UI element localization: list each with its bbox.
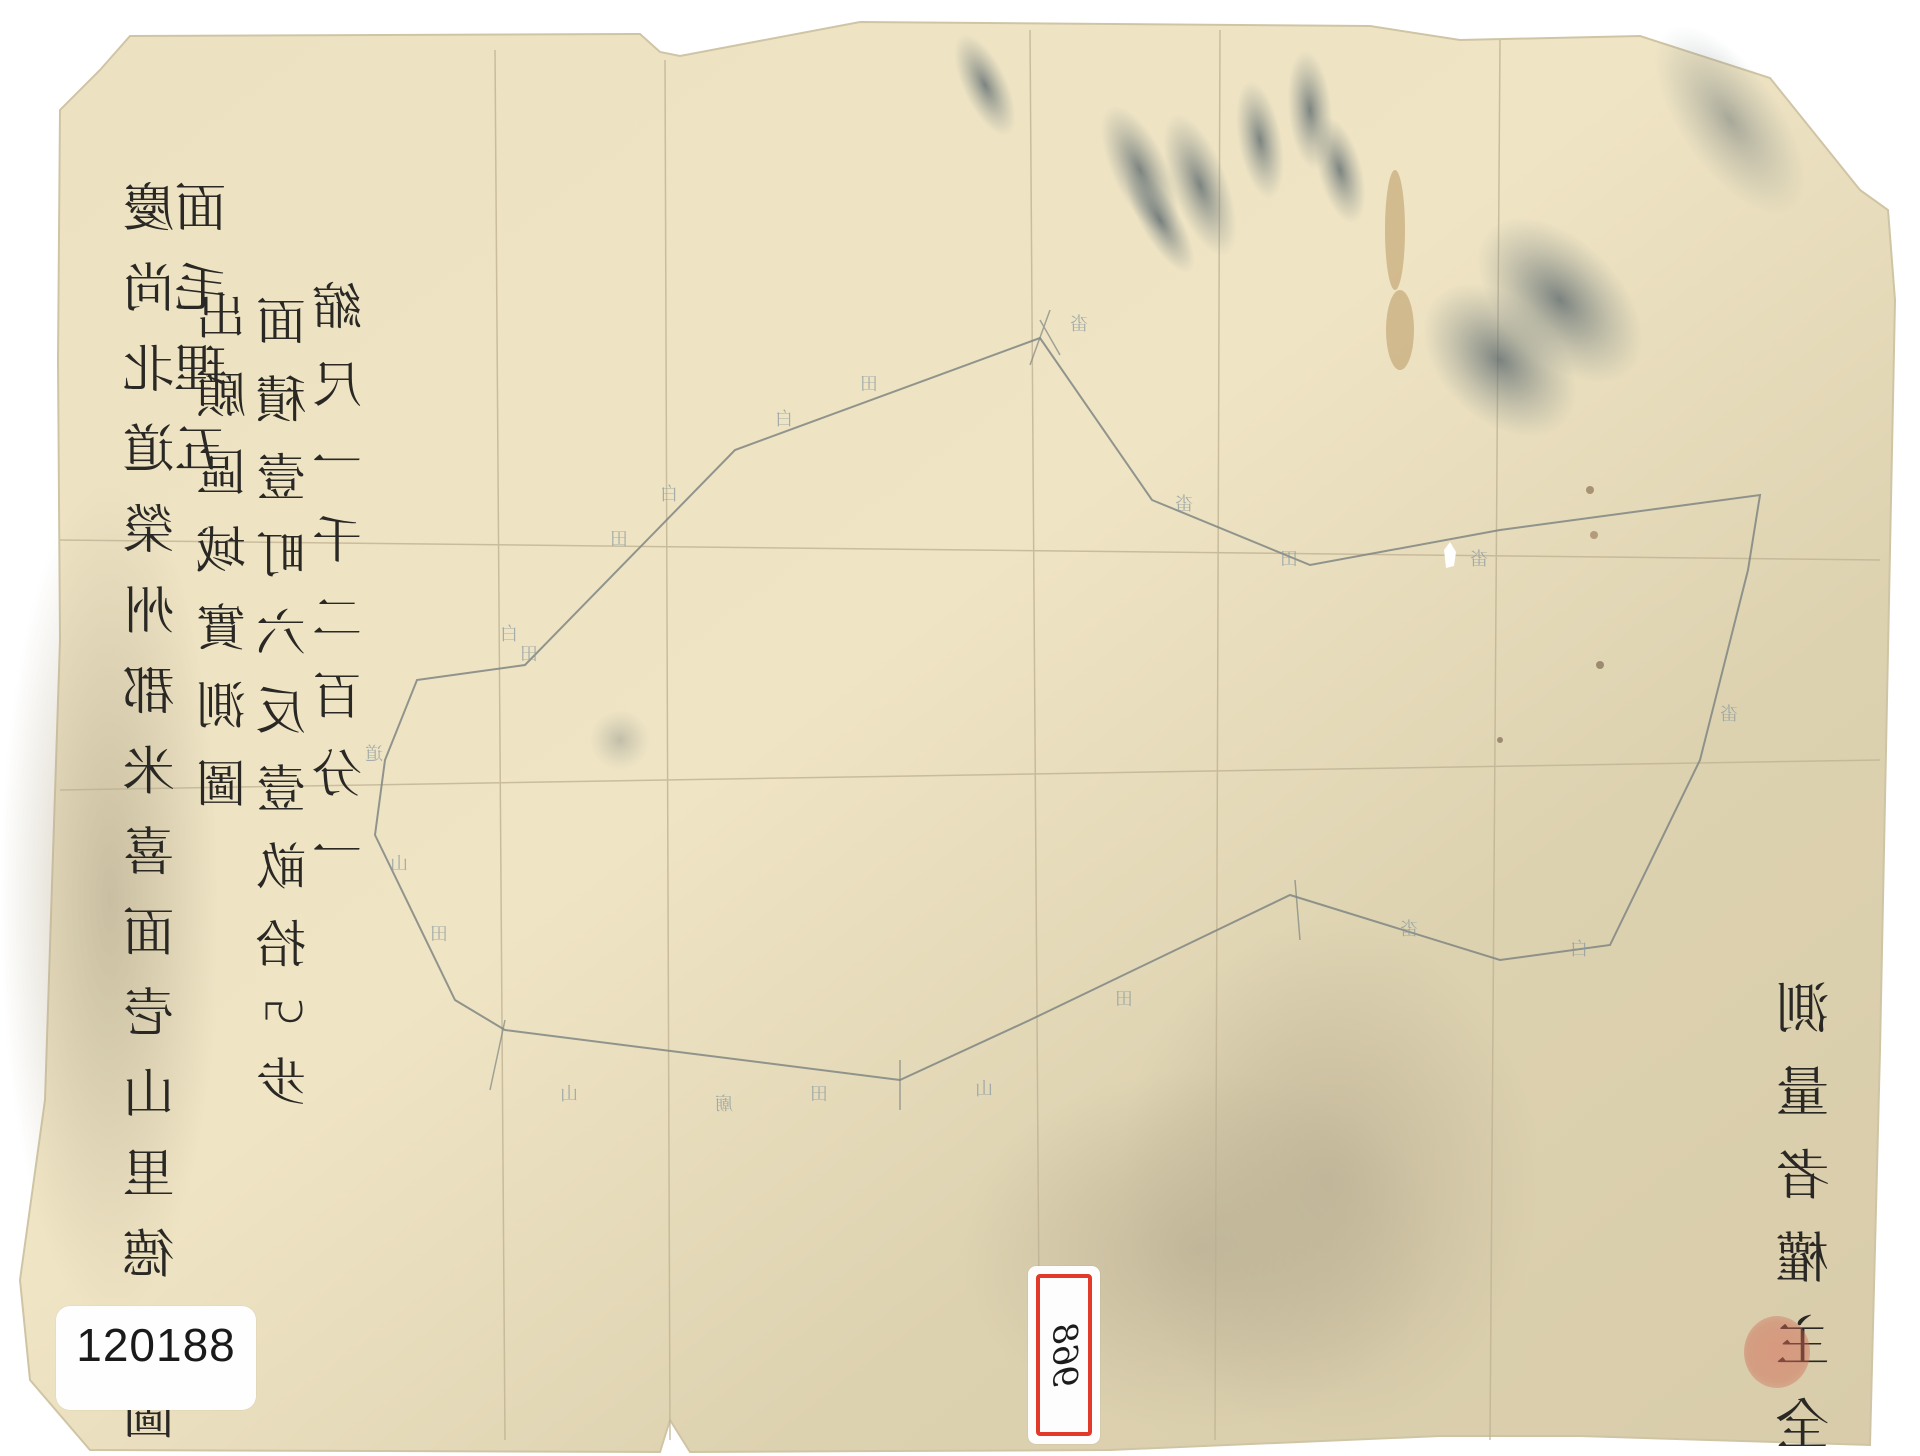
boundary-label: 田 <box>430 920 448 946</box>
boundary-label: 山 <box>560 1080 578 1106</box>
boundary-label: 田 <box>810 1080 828 1106</box>
boundary-label: 白 <box>500 620 518 646</box>
boundary-label: 田 <box>610 525 628 551</box>
boundary-label: 畓 <box>1175 490 1193 516</box>
boundary-label: 田 <box>520 640 538 666</box>
catalog-number-tag: 120188 <box>56 1306 256 1410</box>
boundary-label: 白 <box>1570 935 1588 961</box>
red-seal-stamp <box>1744 1316 1810 1388</box>
boundary-label: 白 <box>660 480 678 506</box>
scale-text: 縮 尺 一 千 二 百 分 一 <box>316 280 366 881</box>
boundary-label: 田 <box>1280 545 1298 571</box>
boundary-label: 田 <box>1115 985 1133 1011</box>
boundary-label: 畓 <box>1400 915 1418 941</box>
catalog-number: 120188 <box>76 1318 236 1372</box>
boundary-label: 山 <box>975 1075 993 1101</box>
boundary-label: 白 <box>775 405 793 431</box>
boundary-label: 山 <box>390 850 408 876</box>
boundary-label: 廟 <box>715 1090 733 1116</box>
item-number-tag: 968 <box>1028 1266 1100 1444</box>
boundary-label: 田 <box>860 370 878 396</box>
boundary-label: 畓 <box>1720 700 1738 726</box>
boundary-label: 畓 <box>1470 545 1488 571</box>
scanned-document: 縮 尺 一 千 二 百 分 一 面 積 壹 町 六 反 壹 畝 拾 5 步 出 … <box>0 0 1920 1456</box>
red-border-frame: 968 <box>1036 1274 1092 1436</box>
boundary-label: 道 <box>365 740 383 766</box>
location-text: 慶 尚 北 道 榮 州 郡 米 喜 面 壱 山 里 德 汕 圖 面 毛 理 五 <box>128 180 232 1456</box>
boundary-label: 畓 <box>1070 310 1088 336</box>
area-text: 面 積 壹 町 六 反 壹 畝 拾 5 步 <box>260 295 310 1112</box>
item-number: 968 <box>1044 1323 1084 1388</box>
